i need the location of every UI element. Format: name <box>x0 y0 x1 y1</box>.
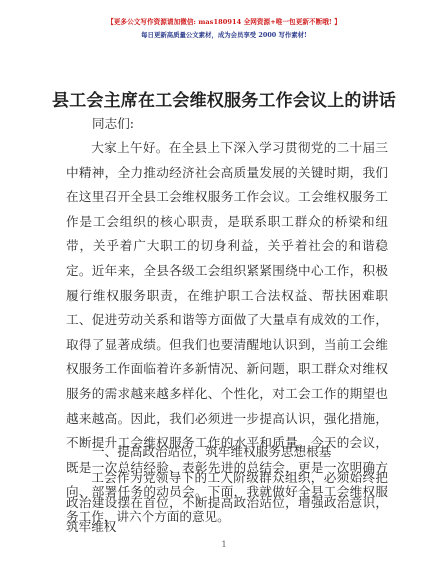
promo-banner-line-2: 每日更新高质量公文素材，成为会员享受 2000 写作素材! <box>0 30 448 39</box>
page-number: 1 <box>0 540 448 549</box>
body-paragraph-2: 工会作为党领导下的工人阶级群众组织，必须始终把政治建设摆在首位，不断提高政治站位… <box>66 466 388 540</box>
promo-banner-line-1: 【更多公文写作资源请加微信: mas180914 全网资源+唯一包更新不断哦! … <box>0 16 448 26</box>
greeting: 同志们: <box>92 113 134 132</box>
document-title: 县工会主席在工会维权服务工作会议上的讲话 <box>0 86 448 111</box>
paragraph-text: 工会作为党领导下的工人阶级群众组织，必须始终把政治建设摆在首位，不断提高政治站位… <box>66 466 388 540</box>
section-heading-1: 一、提高政治站位，筑牢维权服务思想根基 <box>92 441 331 460</box>
